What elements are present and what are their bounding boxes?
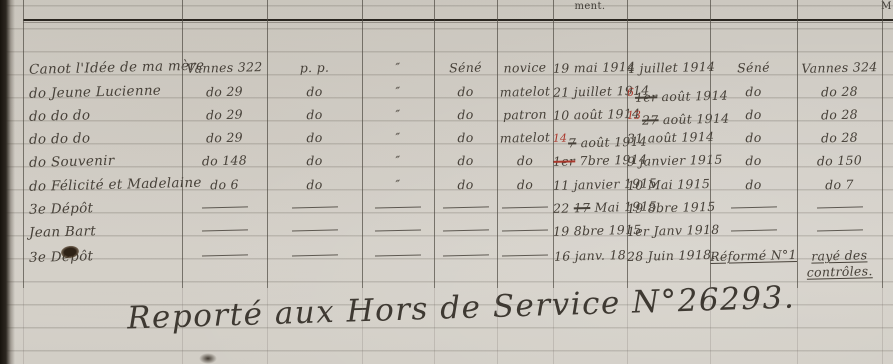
table-cell: do [710, 129, 797, 147]
header-fragment-col7: ment. [553, 1, 627, 12]
cell-text: Canot l'Idée de ma mère [29, 58, 205, 78]
table-cell: Séné [434, 59, 497, 77]
cell-text: do [306, 153, 323, 168]
cell-text [730, 229, 776, 231]
table-cell: rayé descontrôles. [797, 247, 883, 281]
table-cell [182, 222, 267, 240]
cell-text: do [306, 177, 323, 192]
table-cell [182, 247, 267, 265]
cell-text: do [457, 84, 474, 99]
table-cell: ″ [362, 176, 434, 194]
cell-text: Réformé N°1 [710, 247, 797, 264]
table-cell: do 6 [182, 176, 267, 194]
table-cell: do Jeune Lucienne [23, 82, 188, 102]
cell-text [442, 229, 488, 231]
table-cell: 3e Dépôt [23, 198, 188, 218]
table-cell: 1er Janv 1918 [627, 222, 710, 240]
table-cell: do 29 [182, 129, 267, 147]
cell-text: do [745, 153, 762, 168]
table-cell [362, 247, 434, 265]
cell-text: 28 Juin 1918. [627, 247, 716, 264]
cell-text: do 28 [821, 130, 858, 146]
cell-text [730, 206, 776, 208]
cell-text: ″ [395, 84, 400, 99]
cell-text: do [517, 153, 534, 168]
cell-text: novice [503, 59, 546, 75]
cell-text: ″ [395, 130, 400, 145]
table-cell: do do do [23, 128, 188, 148]
table-cell: do [434, 152, 497, 170]
table-cell [497, 199, 553, 216]
column-rule [797, 0, 798, 288]
cell-text: do 28 [821, 107, 858, 123]
table-cell: 1er 7bre 1914. [553, 152, 627, 170]
table-cell: 10 août 1914 [553, 106, 627, 124]
cell-text: rayé des [811, 247, 867, 263]
cell-text: do 29 [206, 84, 243, 100]
table-cell: do [434, 83, 497, 101]
cell-text: 3e Dépôt [29, 200, 94, 218]
table-cell: 19 8bre 1915 [627, 199, 710, 217]
column-rule-faint [182, 288, 183, 364]
cell-text: patron [503, 106, 547, 122]
cell-text: do [745, 84, 762, 99]
table-cell: do do do [23, 105, 188, 125]
cell-text: 1er Janv 1918 [627, 222, 720, 239]
table-cell: do [267, 152, 362, 170]
column-rule-faint [882, 288, 883, 364]
column-rule-faint [434, 288, 435, 364]
cell-text: 16 janv. 18 [554, 247, 626, 264]
table-cell: do [497, 176, 553, 193]
cell-text: do Jeune Lucienne [29, 83, 161, 102]
table-cell: 19 mai 1914 [553, 59, 627, 77]
cell-text: 31 août 1914 [627, 129, 715, 146]
table-cell: p. p. [267, 59, 362, 77]
table-cell: matelot [497, 129, 553, 146]
table-cell [797, 222, 882, 240]
cell-text: Vannes 322 [186, 59, 262, 76]
column-rule [362, 0, 363, 288]
cell-text: do 150 [817, 152, 863, 168]
table-cell: 16 janv. 18 [553, 247, 627, 265]
cell-text: p. p. [300, 60, 330, 76]
cell-text: do [745, 130, 762, 145]
cell-text: do Félicité et Madelaine [29, 175, 202, 195]
table-cell: 22 17 Mai 1915 [553, 199, 627, 217]
table-cell: ″ [362, 152, 434, 170]
table-cell: novice [497, 59, 553, 76]
table-cell: 11 janvier 1915 [553, 176, 627, 194]
footer-note: Reporté aux Hors de Service N°26293. [127, 280, 796, 337]
table-cell: Canot l'Idée de ma mère [23, 58, 188, 78]
header-rule-shadow [23, 22, 893, 23]
cell-text [291, 254, 337, 256]
table-cell [362, 199, 434, 217]
cell-text: do [306, 130, 323, 145]
cell-text: Séné [737, 60, 770, 76]
table-cell: 19 8bre 1915 [553, 222, 627, 240]
cell-text [502, 206, 548, 208]
cell-text [201, 206, 247, 208]
table-cell: ″ [362, 83, 434, 101]
cell-text: 9 janvier 1915 [627, 152, 723, 169]
cell-text: Jean Bart [29, 223, 96, 241]
cell-text: 1er [635, 89, 658, 105]
cell-text: ″ [395, 107, 400, 122]
table-cell: 28 Juin 1918. [627, 247, 710, 265]
table-cell: 31 août 1914 [627, 129, 710, 147]
cell-text: do [457, 130, 474, 145]
table-cell [710, 222, 797, 240]
column-rule-faint [23, 288, 24, 364]
cell-text [816, 206, 862, 208]
table-cell: do 150 [797, 152, 882, 170]
cell-text: matelot [500, 83, 551, 99]
cell-text [502, 254, 548, 256]
column-rule-faint [362, 288, 363, 364]
table-cell: ″ [362, 59, 434, 77]
table-cell: do 29 [182, 106, 267, 124]
cell-text: do [457, 107, 474, 122]
cell-text: do 29 [206, 130, 243, 146]
table-cell: do [710, 83, 797, 101]
column-rule-faint [553, 288, 554, 364]
column-rule [882, 0, 883, 288]
table-cell: do 29 [182, 83, 267, 101]
table-cell [267, 247, 362, 265]
cell-text [816, 229, 862, 231]
table-cell: do Souvenir [23, 151, 188, 171]
cell-text: do 29 [206, 107, 243, 123]
column-rule [710, 0, 711, 288]
table-cell: do [267, 83, 362, 101]
table-cell: do [710, 106, 797, 124]
cell-text: 14 [553, 132, 567, 145]
table-cell [434, 222, 497, 240]
column-rule [497, 0, 498, 288]
cell-text: 17 [574, 200, 591, 215]
cell-text: do [745, 177, 762, 192]
cell-text: do 148 [202, 152, 248, 168]
cell-text [502, 229, 548, 231]
cell-text [375, 206, 421, 208]
table-cell: patron [497, 106, 553, 123]
column-rule [23, 0, 24, 288]
cell-text: do 28 [821, 84, 858, 100]
table-cell: do 7 [797, 176, 882, 194]
cell-text: 13 [627, 109, 641, 122]
table-cell [497, 247, 553, 264]
table-cell [182, 199, 267, 217]
table-cell: 9 janvier 1915 [627, 152, 710, 170]
table-cell: 10 Mai 1915 [627, 176, 710, 194]
header-rule [23, 19, 893, 21]
column-rule-faint [627, 288, 628, 364]
table-cell [434, 247, 497, 265]
cell-text: contrôles. [807, 263, 873, 280]
cell-text: do [457, 177, 474, 192]
cell-text: do Souvenir [29, 153, 115, 171]
table-cell: do [267, 176, 362, 194]
cell-text: 1er [553, 153, 576, 169]
cell-text: 10 Mai 1915 [627, 176, 711, 193]
cell-text: ″ [395, 60, 400, 75]
table-cell: 21 juillet 1914 [553, 83, 627, 101]
table-cell: do [267, 129, 362, 147]
cell-text: do [517, 177, 534, 192]
table-cell: do 28 [797, 106, 882, 124]
cell-text [375, 229, 421, 231]
column-rule [627, 0, 628, 288]
table-cell: Vannes 324 [797, 59, 882, 77]
scan-edge [0, 0, 15, 364]
cell-text: do 6 [210, 177, 239, 193]
cell-text [442, 254, 488, 256]
table-cell: Séné [710, 59, 797, 77]
cell-text: do do do [29, 130, 91, 147]
cell-text: 22 [553, 200, 574, 216]
table-cell: ″ [362, 129, 434, 147]
table-cell: Jean Bart [23, 221, 188, 241]
table-cell: do [434, 176, 497, 194]
table-cell: Vannes 322 [182, 59, 267, 77]
table-cell: Réformé N°1 [710, 247, 797, 265]
register-page: ment. M Canot l'Idée de ma mèreVannes 32… [0, 0, 893, 364]
cell-text: ″ [395, 153, 400, 168]
table-cell: 4 juillet 1914 [627, 59, 710, 77]
column-rule [434, 0, 435, 288]
table-cell [267, 199, 362, 217]
cell-text [442, 206, 488, 208]
column-rule-faint [497, 288, 498, 364]
cell-text: Vannes 324 [801, 59, 877, 76]
table-cell: 147 août 1914 [553, 129, 627, 152]
cell-text [291, 229, 337, 231]
cell-text: do [306, 107, 323, 122]
cell-text: Séné [449, 60, 482, 76]
bottom-smudge [199, 353, 217, 364]
table-cell: ″ [362, 106, 434, 124]
cell-text: 19 8bre 1915 [627, 199, 716, 216]
cell-text: do [457, 153, 474, 168]
cell-text: do [745, 107, 762, 122]
cell-text: do 7 [825, 177, 854, 193]
cell-text: 27 [642, 112, 659, 127]
table-cell: 61er août 1914 [627, 83, 710, 106]
column-rule [267, 0, 268, 288]
cell-text [375, 254, 421, 256]
cell-text: matelot [500, 129, 551, 145]
column-rule [553, 0, 554, 288]
table-cell [797, 199, 882, 217]
table-cell [267, 222, 362, 240]
column-rule-faint [710, 288, 711, 364]
cell-text: do do do [29, 107, 91, 124]
table-cell: 3e Dépôt [23, 246, 188, 266]
table-cell [497, 222, 553, 239]
cell-text [201, 254, 247, 256]
table-cell: matelot [497, 83, 553, 100]
table-cell: do [497, 152, 553, 169]
column-rule [182, 0, 183, 288]
table-cell: do [267, 106, 362, 124]
table-cell [710, 199, 797, 217]
table-cell: do 148 [182, 152, 267, 170]
table-cell: do Félicité et Madelaine [23, 175, 188, 195]
table-cell [434, 199, 497, 217]
column-rule-faint [267, 288, 268, 364]
column-rule-faint [797, 288, 798, 364]
table-cell: do [710, 152, 797, 170]
table-cell: do 28 [797, 129, 882, 147]
table-cell: do [434, 106, 497, 124]
cell-text: 19 mai 1914 [553, 59, 636, 76]
cell-text: ″ [395, 177, 400, 192]
table-cell: 1327 août 1914 [627, 106, 710, 129]
cell-text: do [306, 84, 323, 99]
cell-text: 4 juillet 1914 [627, 59, 716, 76]
cell-text [291, 206, 337, 208]
table-cell: do [434, 129, 497, 147]
table-cell: do 28 [797, 83, 882, 101]
table-cell: do [710, 176, 797, 194]
cell-text [201, 229, 247, 231]
table-cell [362, 222, 434, 240]
